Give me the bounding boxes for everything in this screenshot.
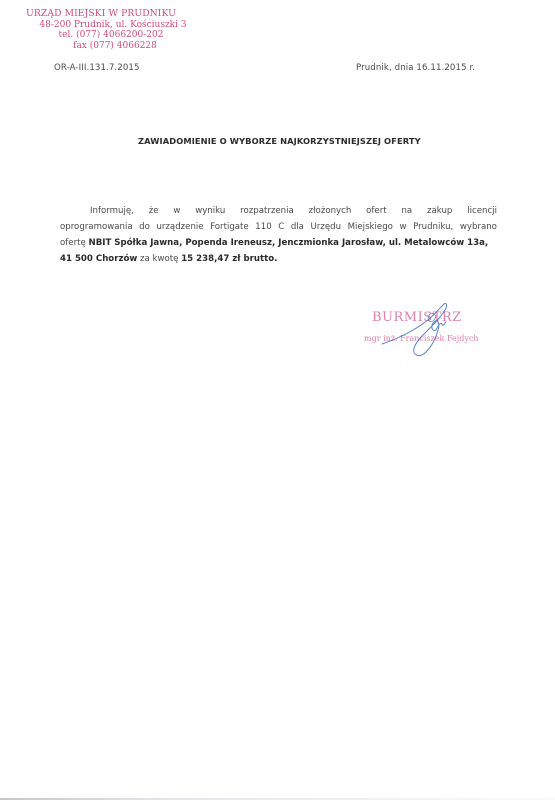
body-word: złożonych xyxy=(309,203,352,219)
body-word: Miejskiego xyxy=(348,219,393,235)
amount-prefix: za kwotę xyxy=(137,254,181,264)
body-word: że xyxy=(149,203,159,219)
body-word: ofert xyxy=(366,203,386,219)
contractor-city: 41 500 Chorzów xyxy=(60,254,137,264)
body-word: w xyxy=(173,203,180,219)
contractor-name: NBIT Spółka Jawna, Popenda Ireneusz, Jen… xyxy=(89,238,489,248)
body-word: licencji xyxy=(467,203,497,219)
body-line-1: Informuję,żewwynikurozpatrzeniazłożonych… xyxy=(60,203,497,219)
body-line-3: ofertę NBIT Spółka Jawna, Popenda Ireneu… xyxy=(60,235,497,251)
document-page: URZĄD MIEJSKI W PRUDNIKU 48-200 Prudnik,… xyxy=(0,0,555,800)
body-word: oprogramowania xyxy=(60,219,133,235)
body-word: wyniku xyxy=(195,203,225,219)
body-word: C xyxy=(278,219,284,235)
body-word: rozpatrzenia xyxy=(240,203,294,219)
place-and-date: Prudnik, dnia 16.11.2015 r. xyxy=(356,63,475,73)
body-word: dla xyxy=(291,219,304,235)
body-line-4: 41 500 Chorzów za kwotę 15 238,47 zł bru… xyxy=(60,251,497,267)
reference-number: OR-A-III.131.7.2015 xyxy=(54,63,140,73)
handwritten-signature-icon xyxy=(360,300,490,360)
body-word: w xyxy=(399,219,406,235)
body-word: Fortigate xyxy=(210,219,249,235)
body-word: wybrano xyxy=(460,219,497,235)
stamp-phone: tel. (077) 4066200-202 xyxy=(36,30,186,41)
body-word: Informuję, xyxy=(90,203,134,219)
body-word: Prudniku, xyxy=(413,219,453,235)
body-paragraph: Informuję,żewwynikurozpatrzeniazłożonych… xyxy=(60,203,497,267)
body-word: na xyxy=(401,203,412,219)
body-word: urządzenie xyxy=(156,219,203,235)
signature-block: BURMISTRZ mgr inż. Franciszek Fejdych xyxy=(360,300,490,360)
body-word: Urzędu xyxy=(311,219,342,235)
offer-amount: 15 238,47 zł brutto. xyxy=(181,254,277,264)
stamp-address: 48-200 Prudnik, ul. Kościuszki 3 xyxy=(38,20,188,31)
body-word: 110 xyxy=(255,219,271,235)
body-line-2: oprogramowaniadourządzenieFortigate110Cd… xyxy=(60,219,497,235)
office-stamp: URZĄD MIEJSKI W PRUDNIKU 48-200 Prudnik,… xyxy=(30,9,180,51)
body-word: do xyxy=(139,219,150,235)
stamp-fax: fax (077) 4066228 xyxy=(40,41,190,52)
body-word: zakup xyxy=(427,203,452,219)
document-title: ZAWIADOMIENIE O WYBORZE NAJKORZYSTNIEJSZ… xyxy=(138,136,421,146)
stamp-organization: URZĄD MIEJSKI W PRUDNIKU xyxy=(26,9,176,20)
offer-prefix: ofertę xyxy=(60,238,89,248)
